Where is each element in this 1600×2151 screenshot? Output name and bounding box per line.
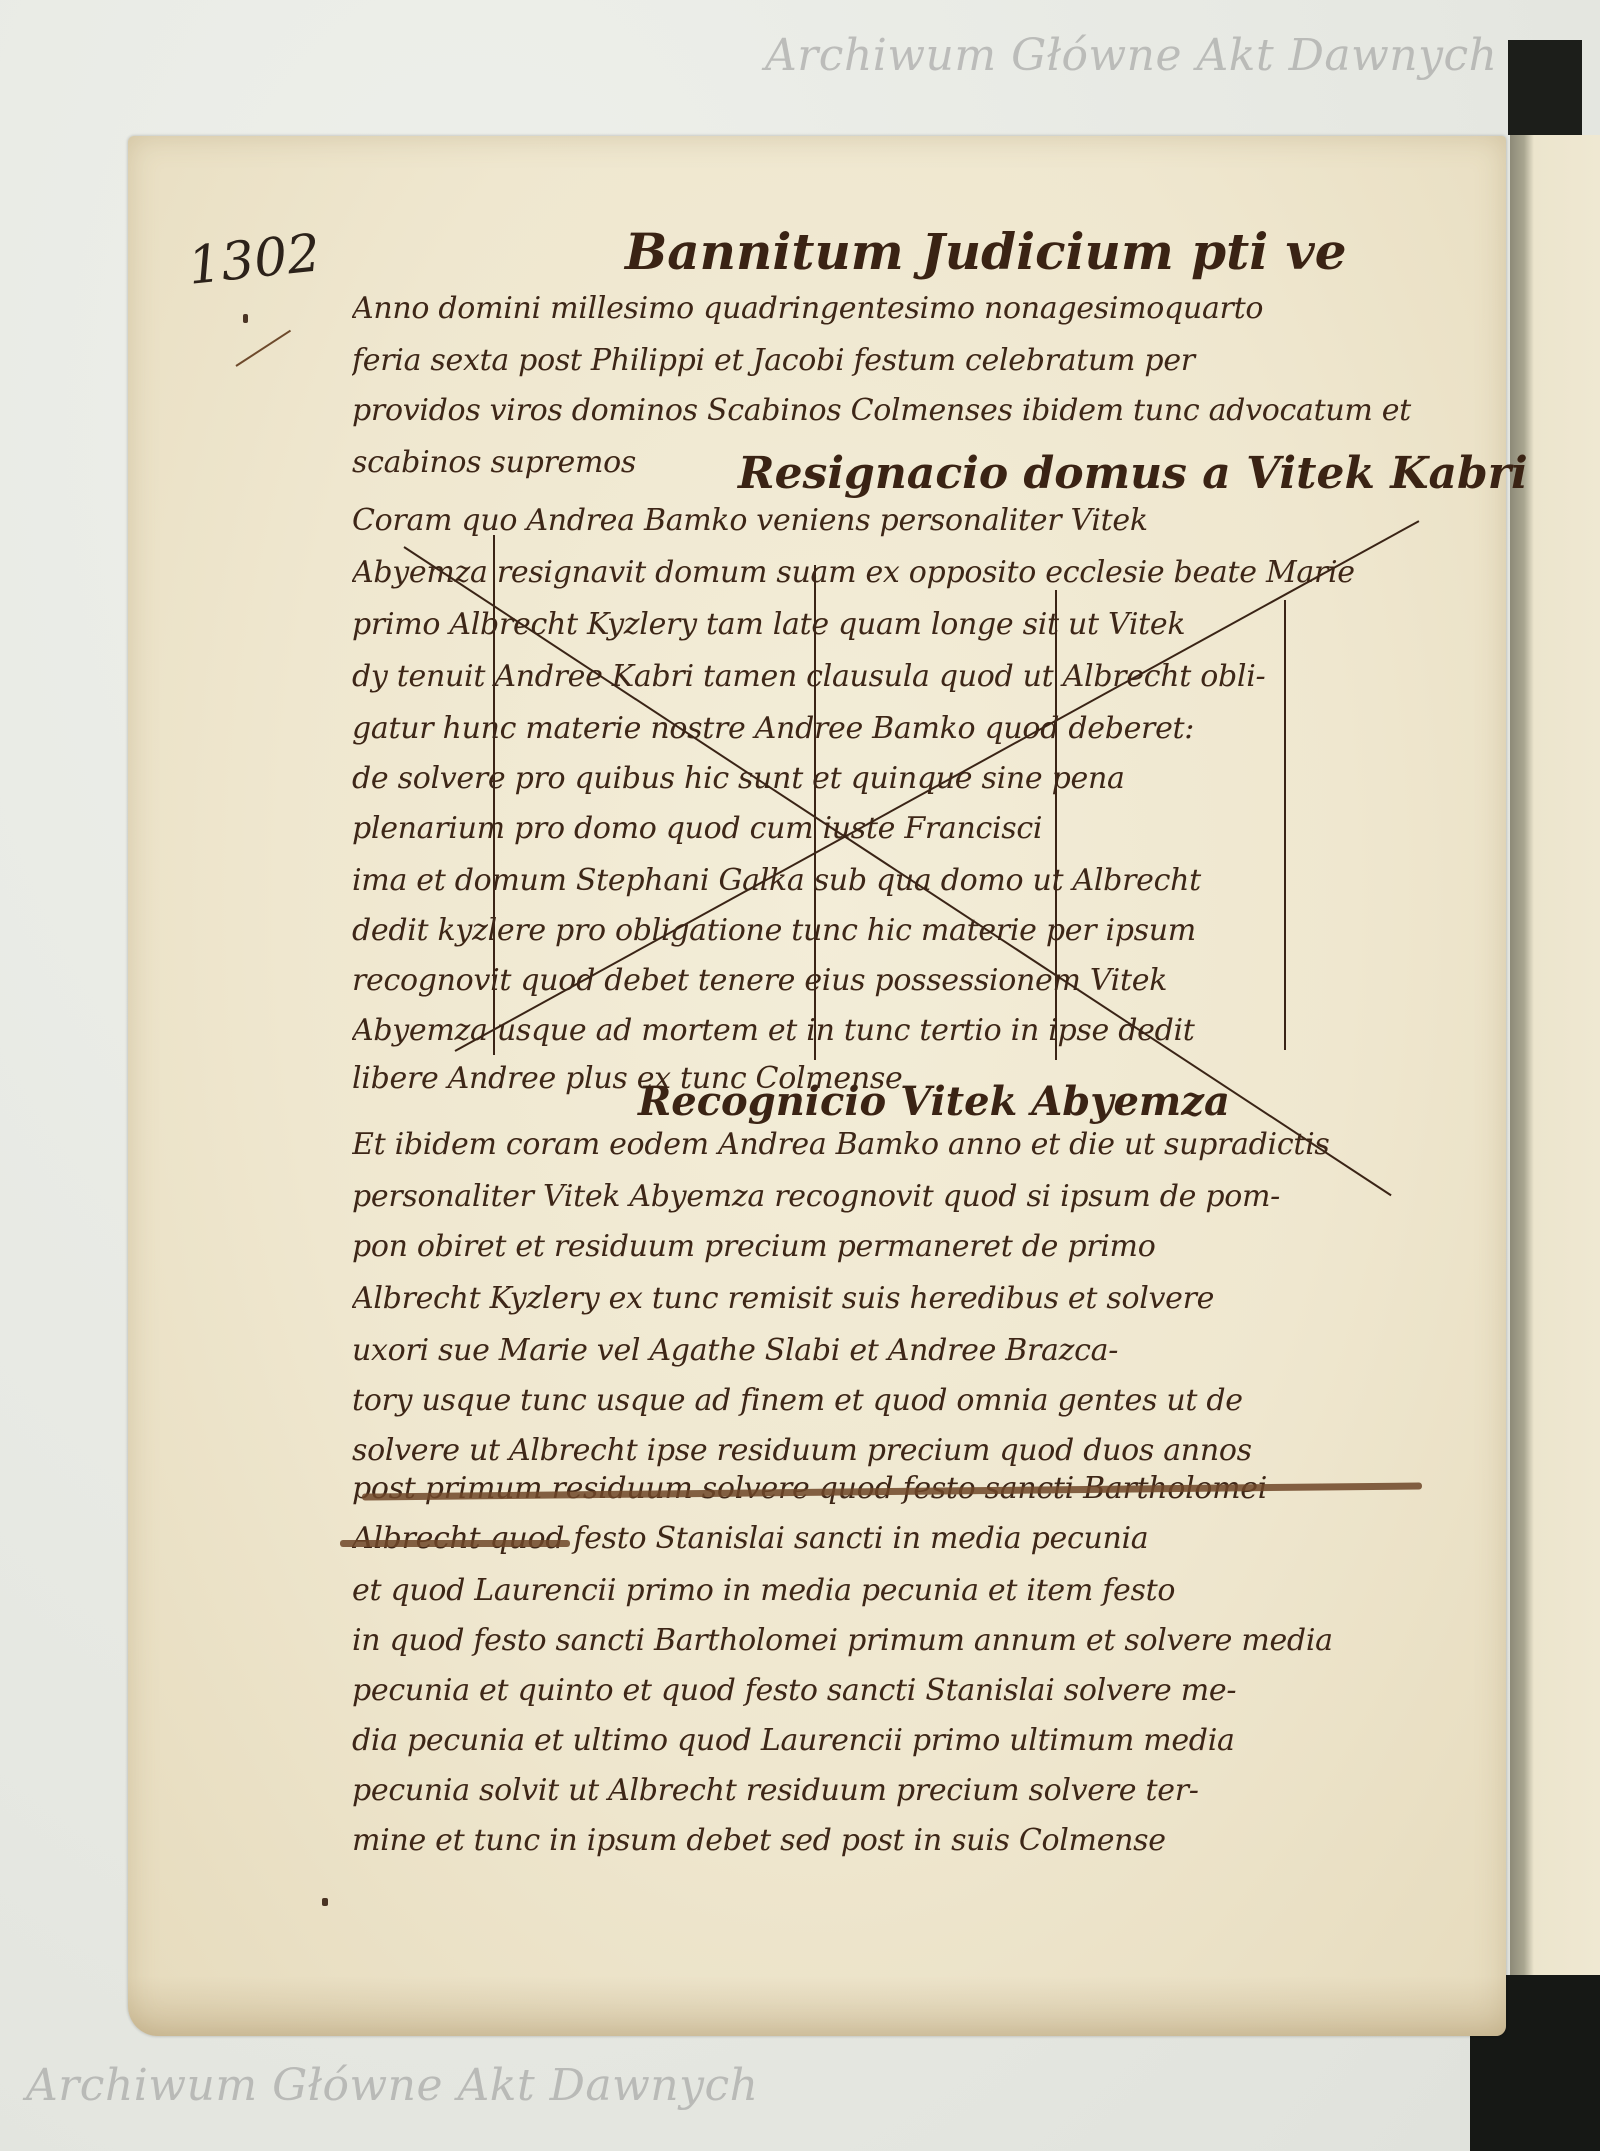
text-line: Abyemza usque ad mortem et in tunc terti…: [352, 1012, 1462, 1050]
facing-page-edge: [1510, 135, 1600, 2015]
text-line: in quod festo sancti Bartholomei primum …: [352, 1622, 1462, 1660]
text-line: feria sexta post Philippi et Jacobi fest…: [352, 342, 1462, 380]
cancellation-vertical-stroke: [493, 535, 495, 1055]
text-line: et quod Laurencii primo in media pecunia…: [352, 1572, 1462, 1610]
entry-heading: Bannitum Judicium pti ve: [625, 222, 1347, 281]
cancellation-vertical-stroke: [814, 565, 816, 1060]
text-line: uxori sue Marie vel Agathe Slabi et Andr…: [352, 1332, 1462, 1370]
text-line: dia pecunia et ultimo quod Laurencii pri…: [352, 1722, 1462, 1760]
text-line: Albrecht Kyzlery ex tunc remisit suis he…: [352, 1280, 1462, 1318]
text-line: primo Albrecht Kyzlery tam late quam lon…: [352, 606, 1462, 644]
text-line: mine et tunc in ipsum debet sed post in …: [352, 1822, 1462, 1860]
text-line-struck: Albrecht quod festo Stanislai sancti in …: [352, 1520, 1462, 1558]
text-line: pecunia solvit ut Albrecht residuum prec…: [352, 1772, 1462, 1810]
text-line: ima et domum Stephani Galka sub qua domo…: [352, 862, 1462, 900]
text-line: dy tenuit Andree Kabri tamen clausula qu…: [352, 658, 1462, 696]
text-line: scabinos supremos: [352, 444, 722, 482]
text-line: pon obiret et residuum precium permanere…: [352, 1228, 1462, 1266]
text-line: de solvere pro quibus hic sunt et quinqu…: [352, 760, 1462, 798]
section-heading-recognition: Recognicio Vitek Abyemza: [638, 1078, 1230, 1125]
text-line: providos viros dominos Scabinos Colmense…: [352, 392, 1462, 430]
text-line: pecunia et quinto et quod festo sancti S…: [352, 1672, 1462, 1710]
cancellation-vertical-stroke: [1284, 600, 1286, 1050]
text-line: Et ibidem coram eodem Andrea Bamko anno …: [352, 1126, 1462, 1164]
text-line: Anno domini millesimo quadringentesimo n…: [352, 290, 1462, 328]
margin-ink-dot-bottom: [322, 1898, 328, 1906]
text-line: gatur hunc materie nostre Andree Bamko q…: [352, 710, 1462, 748]
strikethrough-bar: [340, 1540, 570, 1547]
cancellation-vertical-stroke: [1055, 590, 1057, 1060]
text-line: dedit kyzlere pro obligatione tunc hic m…: [352, 912, 1462, 950]
text-line: tory usque tunc usque ad finem et quod o…: [352, 1382, 1462, 1420]
binding-clip-top: [1508, 40, 1582, 135]
archive-watermark-top: Archiwum Główne Akt Dawnych: [765, 30, 1497, 81]
section-heading-resignation: Resignacio domus a Vitek Kabri: [738, 448, 1528, 499]
archive-watermark-bottom: Archiwum Główne Akt Dawnych: [26, 2060, 758, 2111]
text-line: recognovit quod debet tenere eius posses…: [352, 962, 1462, 1000]
text-line: Coram quo Andrea Bamko veniens personali…: [352, 502, 1462, 540]
text-line: plenarium pro domo quod cum iuste Franci…: [352, 810, 1462, 848]
text-line: solvere ut Albrecht ipse residuum preciu…: [352, 1432, 1462, 1470]
text-line: personaliter Vitek Abyemza recognovit qu…: [352, 1178, 1462, 1216]
margin-ink-dot: [243, 314, 248, 323]
